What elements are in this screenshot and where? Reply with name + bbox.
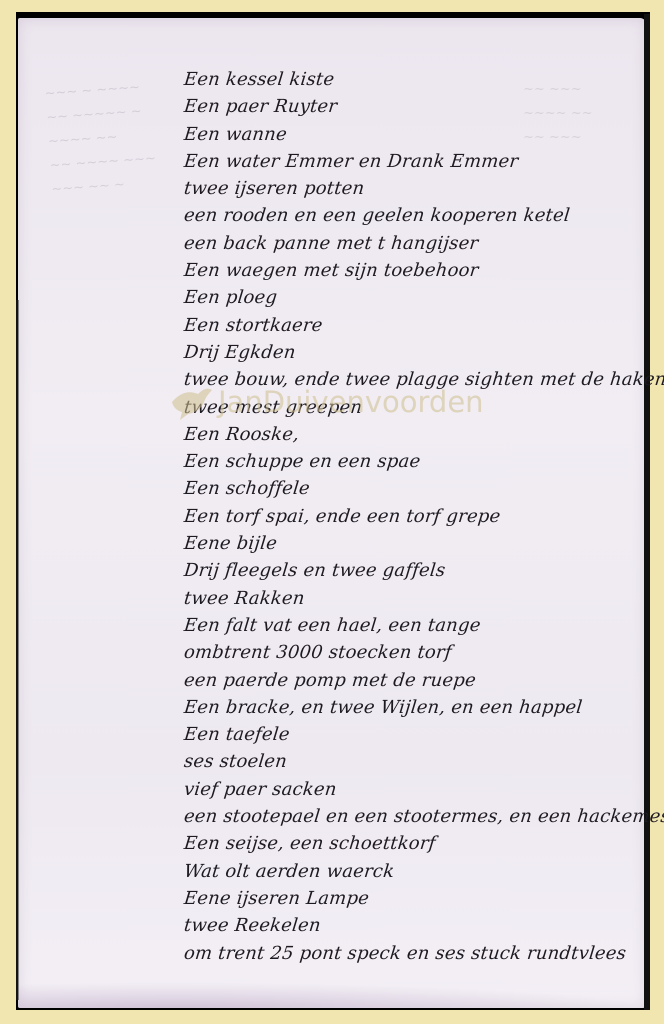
inventory-line: Een Rooske,: [183, 421, 664, 448]
inventory-line: Een taefele: [183, 721, 664, 748]
inventory-line: Een schoffele: [183, 475, 664, 502]
inventory-line: om trent 25 pont speck en ses stuck rund…: [183, 940, 664, 967]
inventory-line: twee mest greepen: [183, 394, 664, 421]
inventory-line: Eene ijseren Lampe: [183, 885, 664, 912]
inventory-line: twee bouw, ende twee plagge sighten met …: [183, 366, 664, 393]
inventory-line: twee Reekelen: [183, 912, 664, 939]
inventory-list: Een kessel kiste Een paer Ruyter Een wan…: [184, 66, 664, 967]
inventory-line: een stootepael en een stootermes, en een…: [183, 803, 664, 830]
inventory-line: een rooden en een geelen kooperen ketel: [183, 202, 664, 229]
inventory-line: Een falt vat een hael, een tange: [183, 612, 664, 639]
inventory-line: Een stortkaere: [183, 312, 664, 339]
inventory-line: Drij Egkden: [183, 339, 664, 366]
inventory-line: ses stoelen: [183, 748, 664, 775]
inventory-line: Eene bijle: [183, 530, 664, 557]
inventory-line: een paerde pomp met de ruepe: [183, 667, 664, 694]
inventory-line: Een wanne: [183, 121, 664, 148]
inventory-line: ombtrent 3000 stoecken torf: [183, 639, 664, 666]
inventory-line: Een schuppe en een spae: [183, 448, 664, 475]
bleed-through-text: ~~~ ~ ~~~~ ~~ ~~~~~ ~ ~~~~ ~~ ~~ ~~~~ ~~…: [44, 74, 182, 203]
inventory-line: twee ijseren potten: [183, 175, 664, 202]
inventory-line: een back panne met t hangijser: [183, 230, 664, 257]
inventory-line: Een water Emmer en Drank Emmer: [183, 148, 664, 175]
inventory-line: Een bracke, en twee Wijlen, en een happe…: [183, 694, 664, 721]
inventory-line: Een ploeg: [183, 284, 664, 311]
inventory-line: vief paer sacken: [183, 776, 664, 803]
inventory-line: Een torf spai, ende een torf grepe: [183, 503, 664, 530]
inventory-line: Een seijse, een schoettkorf: [183, 830, 664, 857]
inventory-line: Een waegen met sijn toebehoor: [183, 257, 664, 284]
inventory-line: twee Rakken: [183, 585, 664, 612]
page-left-edge: [16, 300, 19, 1000]
inventory-line: Wat olt aerden waerck: [183, 858, 664, 885]
inventory-line: Een kessel kiste: [183, 66, 664, 93]
inventory-line: Een paer Ruyter: [183, 93, 664, 120]
inventory-line: Drij fleegels en twee gaffels: [183, 557, 664, 584]
